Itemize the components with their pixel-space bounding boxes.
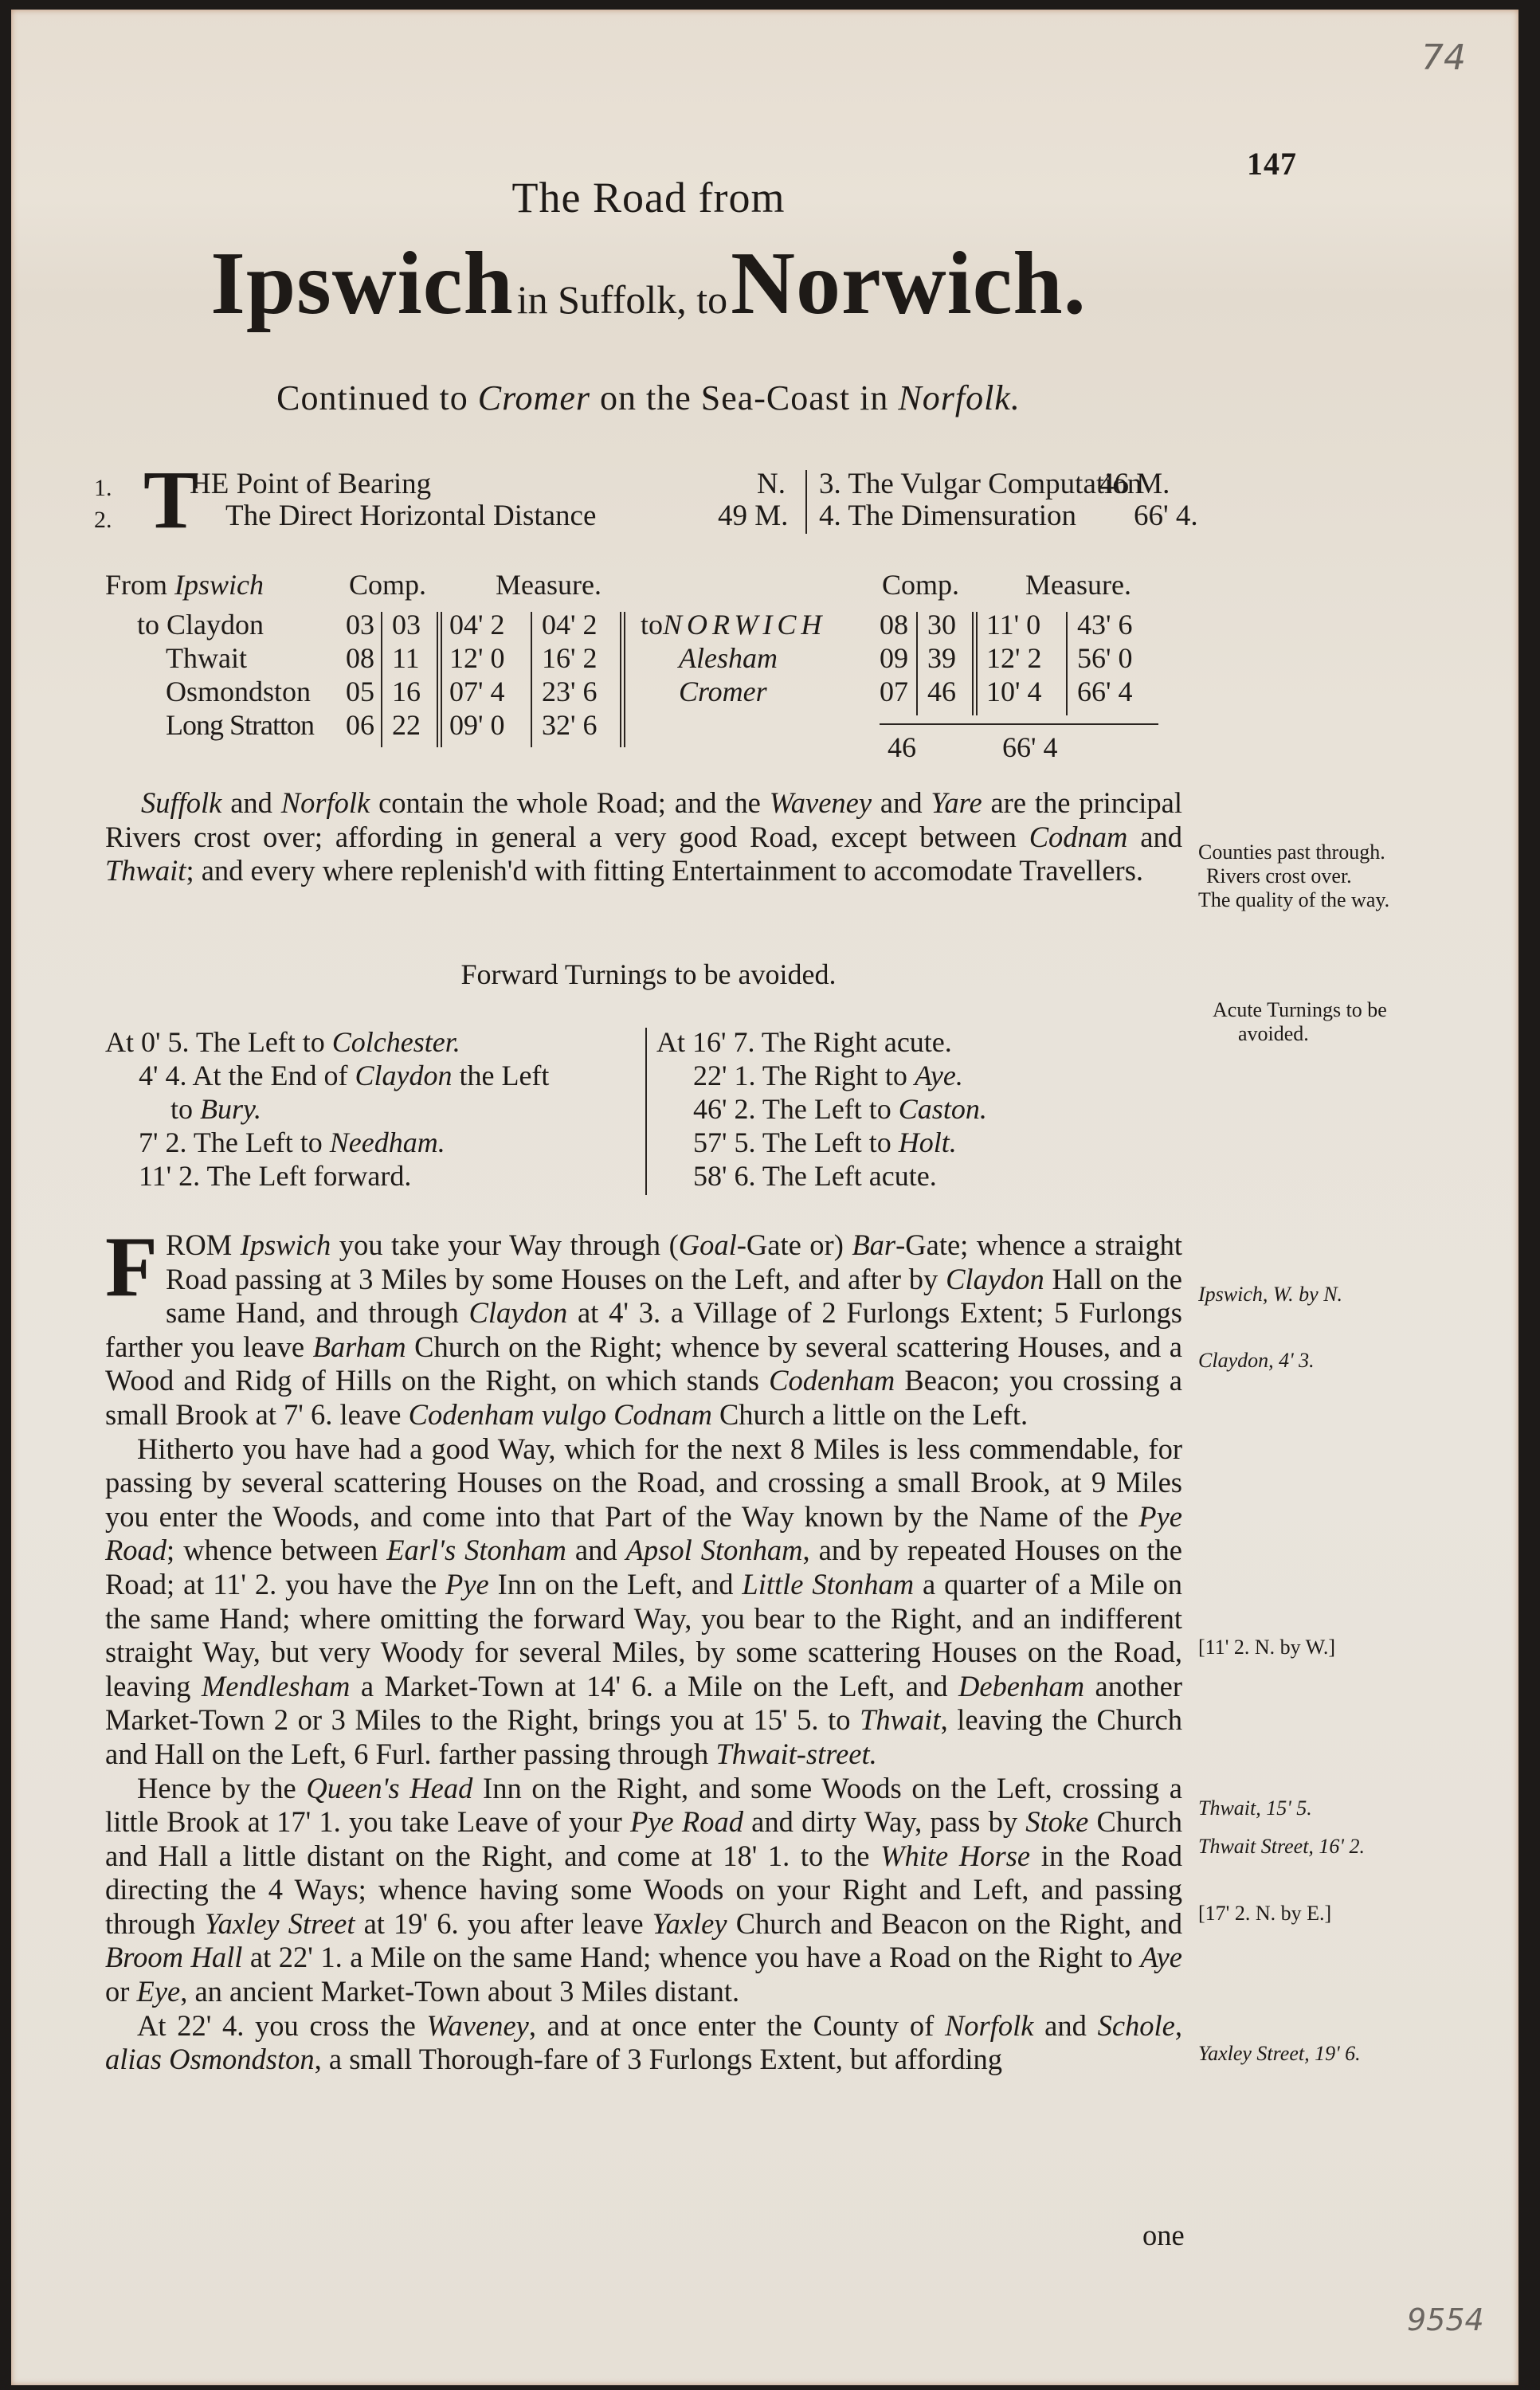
table-rule <box>976 612 978 715</box>
bearing-num-2: 2. <box>94 507 112 534</box>
turning-item: At 16' 7. The Right acute. <box>656 1025 952 1059</box>
row-place: Cromer <box>679 674 767 709</box>
row-measure: 04' 2 <box>449 607 505 642</box>
header-comp-left: Comp. <box>349 567 426 602</box>
bearing-item-4-value: 66' 4. <box>1134 500 1198 532</box>
header-comp-right: Comp. <box>882 567 959 602</box>
row-place: Long Stratton <box>166 707 314 742</box>
catchword: one <box>1142 2218 1185 2252</box>
turning-item: 58' 6. The Left acute. <box>693 1159 937 1193</box>
row-measure: 07' 4 <box>449 674 505 709</box>
row-comp: 09 <box>880 641 908 676</box>
row-comp-total: 11 <box>392 641 420 676</box>
handwritten-folio-number: 74 <box>1421 37 1466 78</box>
turning-item: 4' 4. At the End of Claydon the Left <box>139 1059 549 1092</box>
row-comp: 05 <box>346 674 374 709</box>
row-comp-total: 22 <box>392 707 421 742</box>
turnings-heading: Forward Turnings to be avoided. <box>11 958 1286 991</box>
turning-item: At 0' 5. The Left to Colchester. <box>105 1025 460 1059</box>
row-comp: 03 <box>346 607 374 642</box>
bearing-item-3-value: 46 M. <box>1099 468 1170 500</box>
total-comp: 46 <box>888 730 916 765</box>
margin-note-rivers: Rivers crost over. <box>1206 864 1352 888</box>
margin-note-bearing-17: [17' 2. N. by E.] <box>1198 1901 1331 1926</box>
turnings-divider <box>645 1028 647 1195</box>
table-rule <box>437 612 438 747</box>
turning-item: 11' 2. The Left forward. <box>139 1159 411 1193</box>
row-comp: 08 <box>880 607 908 642</box>
table-rule <box>916 612 918 715</box>
row-comp-total: 39 <box>927 641 956 676</box>
row-place: Thwait <box>166 641 247 676</box>
row-measure: 12' 0 <box>449 641 505 676</box>
bearing-summary: 1. 2. T HE Point of Bearing N. The Direc… <box>94 464 1209 543</box>
handwritten-catalog-number: 9554 <box>1407 2302 1484 2337</box>
row-measure: 11' 0 <box>986 607 1040 642</box>
margin-note-ipswich: Ipswich, W. by N. <box>1198 1282 1342 1307</box>
turning-item: 7' 2. The Left to Needham. <box>139 1126 445 1159</box>
subtitle-county: Norfolk. <box>898 378 1020 417</box>
margin-note-claydon: Claydon, 4' 3. <box>1198 1348 1315 1373</box>
turning-item: 46' 2. The Left to Caston. <box>693 1092 987 1126</box>
document-page: 74 147 The Road from Ipswich in Suffolk,… <box>11 10 1518 2385</box>
body-text: FROM Ipswich you take your Way through (… <box>105 1228 1182 2077</box>
margin-note-counties: Counties past through. <box>1198 840 1385 864</box>
row-measure-total: 43' 6 <box>1077 607 1133 642</box>
margin-note-thwait-street: Thwait Street, 16' 2. <box>1198 1834 1365 1859</box>
bearing-item-4-label: 4. The Dimensuration <box>819 500 1076 532</box>
row-measure-total: 66' 4 <box>1077 674 1133 709</box>
row-measure: 10' 4 <box>986 674 1042 709</box>
row-comp: 08 <box>346 641 374 676</box>
bearing-num-1: 1. <box>94 475 112 502</box>
turning-item: 22' 1. The Right to Aye. <box>693 1059 963 1092</box>
drop-cap-f: F <box>105 1233 158 1302</box>
row-comp-total: 03 <box>392 607 421 642</box>
table-rule <box>972 612 974 715</box>
row-measure-total: 04' 2 <box>542 607 598 642</box>
row-place: toNORWICH <box>641 607 826 642</box>
row-comp-total: 16 <box>392 674 421 709</box>
margin-note-bearing-11: [11' 2. N. by W.] <box>1198 1635 1335 1659</box>
row-measure-total: 32' 6 <box>542 707 598 742</box>
row-comp-total: 46 <box>927 674 956 709</box>
margin-note-yaxley: Yaxley Street, 19' 6. <box>1198 2041 1361 2066</box>
subtitle: Continued to Cromer on the Sea-Coast in … <box>11 378 1286 418</box>
bearing-divider <box>805 470 807 534</box>
summary-text: Suffolk and Norfolk contain the whole Ro… <box>105 786 1182 888</box>
row-place: Osmondston <box>166 674 311 709</box>
title-origin-county: in Suffolk, to <box>517 277 727 322</box>
table-rule <box>620 612 621 747</box>
subtitle-mid: on the Sea-Coast in <box>600 378 888 417</box>
bearing-item-1-value: N. <box>757 468 786 500</box>
title-origin: Ipswich <box>210 234 513 333</box>
margin-note-thwait: Thwait, 15' 5. <box>1198 1796 1312 1820</box>
body-paragraph: Hence by the Queen's Head Inn on the Rig… <box>105 1772 1182 2009</box>
margin-note-quality: The quality of the way. <box>1198 887 1389 912</box>
table-rule <box>381 612 382 747</box>
row-comp-total: 30 <box>927 607 956 642</box>
header-measure-right: Measure. <box>1025 567 1131 602</box>
turning-item: 57' 5. The Left to Holt. <box>693 1126 957 1159</box>
row-comp: 07 <box>880 674 908 709</box>
row-measure-total: 56' 0 <box>1077 641 1133 676</box>
table-rule <box>624 612 625 747</box>
row-measure: 12' 2 <box>986 641 1042 676</box>
title-destination: Norwich. <box>731 234 1087 333</box>
subtitle-pre: Continued to <box>276 378 468 417</box>
bearing-item-2-label: The Direct Horizontal Distance <box>225 500 596 532</box>
row-measure-total: 23' 6 <box>542 674 598 709</box>
row-measure-total: 16' 2 <box>542 641 598 676</box>
margin-note-acute-1: Acute Turnings to be <box>1213 997 1387 1022</box>
summary-paragraph: Suffolk and Norfolk contain the whole Ro… <box>105 786 1182 888</box>
bearing-item-3-label: 3. The Vulgar Computation <box>819 468 1142 500</box>
total-rule <box>880 723 1158 725</box>
table-rule <box>531 612 532 747</box>
header-from: From Ipswich <box>105 567 264 602</box>
bearing-item-2-value: 49 M. <box>718 500 788 532</box>
row-comp: 06 <box>346 707 374 742</box>
page-title: Ipswich in Suffolk, to Norwich. <box>11 233 1286 335</box>
row-place: Alesham <box>679 641 778 676</box>
body-paragraph: Hitherto you have had a good Way, which … <box>105 1432 1182 1772</box>
margin-note-acute-2: avoided. <box>1238 1021 1309 1046</box>
body-paragraph: At 22' 4. you cross the Waveney, and at … <box>105 2009 1182 2077</box>
turning-item-continued: to Bury. <box>170 1092 261 1126</box>
table-rule <box>1066 612 1068 715</box>
table-rule <box>441 612 442 747</box>
row-measure: 09' 0 <box>449 707 505 742</box>
header-measure-left: Measure. <box>496 567 602 602</box>
subtitle-place: Cromer <box>478 378 590 417</box>
total-measure: 66' 4 <box>1002 730 1058 765</box>
bearing-item-1-label: HE Point of Bearing <box>190 468 431 500</box>
body-paragraph: FROM Ipswich you take your Way through (… <box>105 1228 1182 1432</box>
row-place: to Claydon <box>137 607 264 642</box>
title-line-1: The Road from <box>11 173 1286 222</box>
